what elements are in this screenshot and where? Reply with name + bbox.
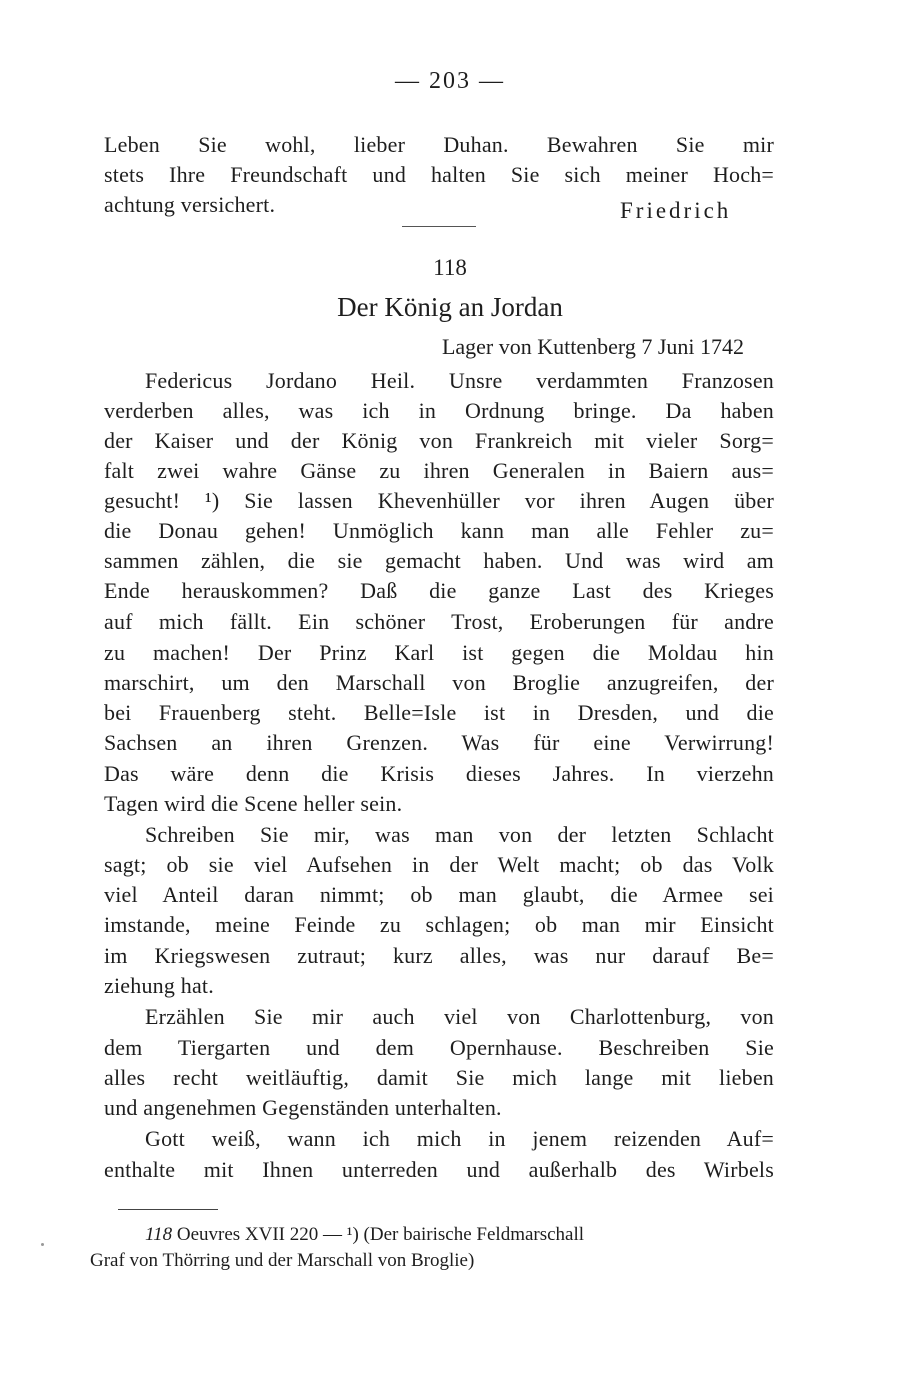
body-line: Tagen wird die Scene heller sein. [104, 789, 774, 819]
body-line: Federicus Jordano Heil. Unsre verdammten… [145, 366, 774, 396]
body-line: der Kaiser und der König von Frankreich … [104, 426, 774, 456]
letter-title: Der König an Jordan [0, 292, 900, 323]
body-line: im Kriegswesen zutraut; kurz alles, was … [104, 941, 774, 971]
body-line: enthalte mit Ihnen unterreden und außerh… [104, 1155, 774, 1185]
closing-line: stets Ihre Freundschaft und halten Sie s… [104, 160, 774, 190]
body-line: imstande, meine Feinde zu schlagen; ob m… [104, 910, 774, 940]
body-line: Gott weiß, wann ich mich in jenem reizen… [145, 1124, 774, 1154]
footnote-text: Oeuvres XVII 220 — ¹) (Der bairische Fel… [172, 1224, 584, 1245]
body-line: alles recht weitläuftig, damit Sie mich … [104, 1063, 774, 1093]
body-line: auf mich fällt. Ein schöner Trost, Erobe… [104, 607, 774, 637]
closing-line: Leben Sie wohl, lieber Duhan. Bewahren S… [104, 130, 774, 160]
body-line: zu machen! Der Prinz Karl ist gegen die … [104, 638, 774, 668]
footnote-line: 118 Oeuvres XVII 220 — ¹) (Der bairische… [145, 1222, 755, 1248]
footnote-rule [118, 1209, 218, 1210]
dateline: Lager von Kuttenberg 7 Juni 1742 [442, 334, 744, 360]
section-divider [402, 226, 476, 227]
body-line: Das wäre denn die Krisis dieses Jahres. … [104, 759, 774, 789]
body-line: sammen zählen, die sie gemacht haben. Un… [104, 546, 774, 576]
body-line: Schreiben Sie mir, was man von der letzt… [145, 820, 774, 850]
body-line: und angenehmen Gegenständen unterhalten. [104, 1093, 774, 1123]
body-line: falt zwei wahre Gänse zu ihren Generalen… [104, 456, 774, 486]
body-line: viel Anteil daran nimmt; ob man glaubt, … [104, 880, 774, 910]
page-number: — 203 — [0, 68, 900, 95]
body-line: die Donau gehen! Unmöglich kann man alle… [104, 516, 774, 546]
body-line: ziehung hat. [104, 971, 774, 1001]
signature: Friedrich [620, 198, 731, 224]
body-line: Ende herauskommen? Daß die ganze Last de… [104, 576, 774, 606]
body-line: sagt; ob sie viel Aufsehen in der Welt m… [104, 850, 774, 880]
footnote-line: Graf von Thörring und der Marschall von … [90, 1248, 755, 1274]
body-line: Erzählen Sie mir auch viel von Charlotte… [145, 1002, 774, 1032]
letter-number: 118 [0, 255, 900, 281]
margin-speck [41, 1243, 44, 1246]
body-line: marschirt, um den Marschall von Broglie … [104, 668, 774, 698]
footnote-ref-number: 118 [145, 1224, 172, 1245]
body-line: dem Tiergarten und dem Opernhause. Besch… [104, 1033, 774, 1063]
body-line: bei Frauenberg steht. Belle=Isle ist in … [104, 698, 774, 728]
body-line: gesucht! ¹) Sie lassen Khevenhüller vor … [104, 486, 774, 516]
body-line: verderben alles, was ich in Ordnung brin… [104, 396, 774, 426]
body-line: Sachsen an ihren Grenzen. Was für eine V… [104, 728, 774, 758]
